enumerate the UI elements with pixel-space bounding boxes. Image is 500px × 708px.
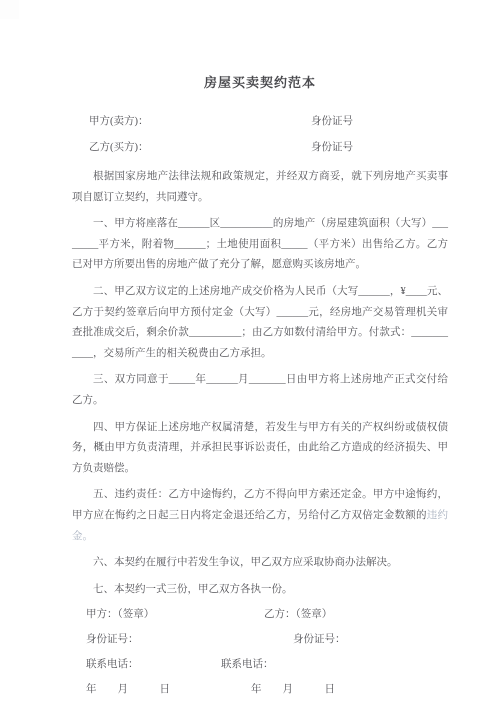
document-content: 房屋买卖契约范本 甲方(卖方)：身份证号 乙方(买方)：身份证号 根据国家房地产… — [72, 0, 448, 700]
party-b-seal-label: 乙方：（签章） — [264, 609, 332, 620]
contract-document-page: 房屋买卖契约范本 甲方(卖方)：身份证号 乙方(买方)：身份证号 根据国家房地产… — [0, 0, 500, 708]
clause-5-text: 五、违约责任：乙方中途悔约，乙方不得向甲方索还定金。甲方中途悔约，甲方应在悔约之… — [72, 489, 448, 521]
clause-3: 三、双方同意于_____年______月_______日由甲方将上述房地产正式交… — [72, 370, 448, 411]
party-b-id-field-label: 身份证号： — [293, 634, 346, 645]
clause-4-text: 四、甲方保证上述房地产权属清楚，若发生与甲方有关的产权纠纷或债权债务，概由甲方负… — [72, 422, 448, 474]
clause-4: 四、甲方保证上述房地产权属清楚，若发生与甲方有关的产权纠纷或债权债务，概由甲方负… — [72, 418, 448, 480]
signature-seal-row: 甲方：（签章）乙方：（签章） — [86, 605, 448, 625]
clause-5: 五、违约责任：乙方中途悔约，乙方不得向甲方索还定金。甲方中途悔约，甲方应在悔约之… — [72, 485, 448, 547]
clause-2: 二、甲乙双方议定的上述房地产成交价格为人民币（大写______，¥____元、乙… — [72, 282, 448, 364]
party-a-label: 甲方(卖方)： — [89, 112, 311, 132]
party-b-id-label: 身份证号 — [311, 142, 353, 153]
signature-phone-row: 联系电话：联系电话： — [86, 655, 448, 675]
clause-1: 一、甲方将座落在______区__________的房地产（房屋建筑面积（大写）… — [72, 214, 448, 276]
signature-date-row: 年 月 日年 月 日 — [86, 680, 448, 700]
clause-7: 七、本契约一式三份，甲乙双方各执一份。 — [72, 580, 448, 601]
party-a-seal-label: 甲方：（签章） — [86, 605, 264, 625]
clause-6-text: 六、本契约在履行中若发生争议，甲乙双方应采取协商办法解决。 — [93, 557, 398, 568]
signature-id-row: 身份证号：身份证号： — [86, 630, 448, 650]
party-b-label: 乙方(买方)： — [89, 138, 311, 158]
party-a-phone-label: 联系电话： — [86, 655, 221, 675]
clause-1-text: 一、甲方将座落在______区__________的房地产（房屋建筑面积（大写）… — [72, 218, 448, 270]
clause-6: 六、本契约在履行中若发生争议，甲乙双方应采取协商办法解决。 — [72, 553, 448, 574]
signature-block: 甲方：（签章）乙方：（签章） 身份证号：身份证号： 联系电话：联系电话： 年 月… — [72, 605, 448, 700]
clause-2-text: 二、甲乙双方议定的上述房地产成交价格为人民币（大写______，¥____元、乙… — [72, 286, 448, 359]
party-a-id-label: 身份证号 — [311, 116, 353, 127]
party-b-date-label: 年 月 日 — [251, 684, 335, 695]
scan-corner-artifact — [0, 0, 19, 19]
party-b-phone-label: 联系电话： — [221, 659, 274, 670]
document-title: 房屋买卖契约范本 — [72, 72, 448, 91]
clause-3-text: 三、双方同意于_____年______月_______日由甲方将上述房地产正式交… — [72, 374, 448, 406]
party-a-row: 甲方(卖方)：身份证号 — [89, 112, 448, 132]
party-a-date-label: 年 月 日 — [86, 680, 251, 700]
preamble-paragraph: 根据国家房地产法律法规和政策规定，并经双方商妥，就下列房地产买卖事项自愿订立契约… — [72, 167, 448, 208]
party-a-id-field-label: 身份证号： — [86, 630, 293, 650]
clause-7-text: 七、本契约一式三份，甲乙双方各执一份。 — [93, 584, 293, 595]
party-b-row: 乙方(买方)：身份证号 — [89, 138, 448, 158]
